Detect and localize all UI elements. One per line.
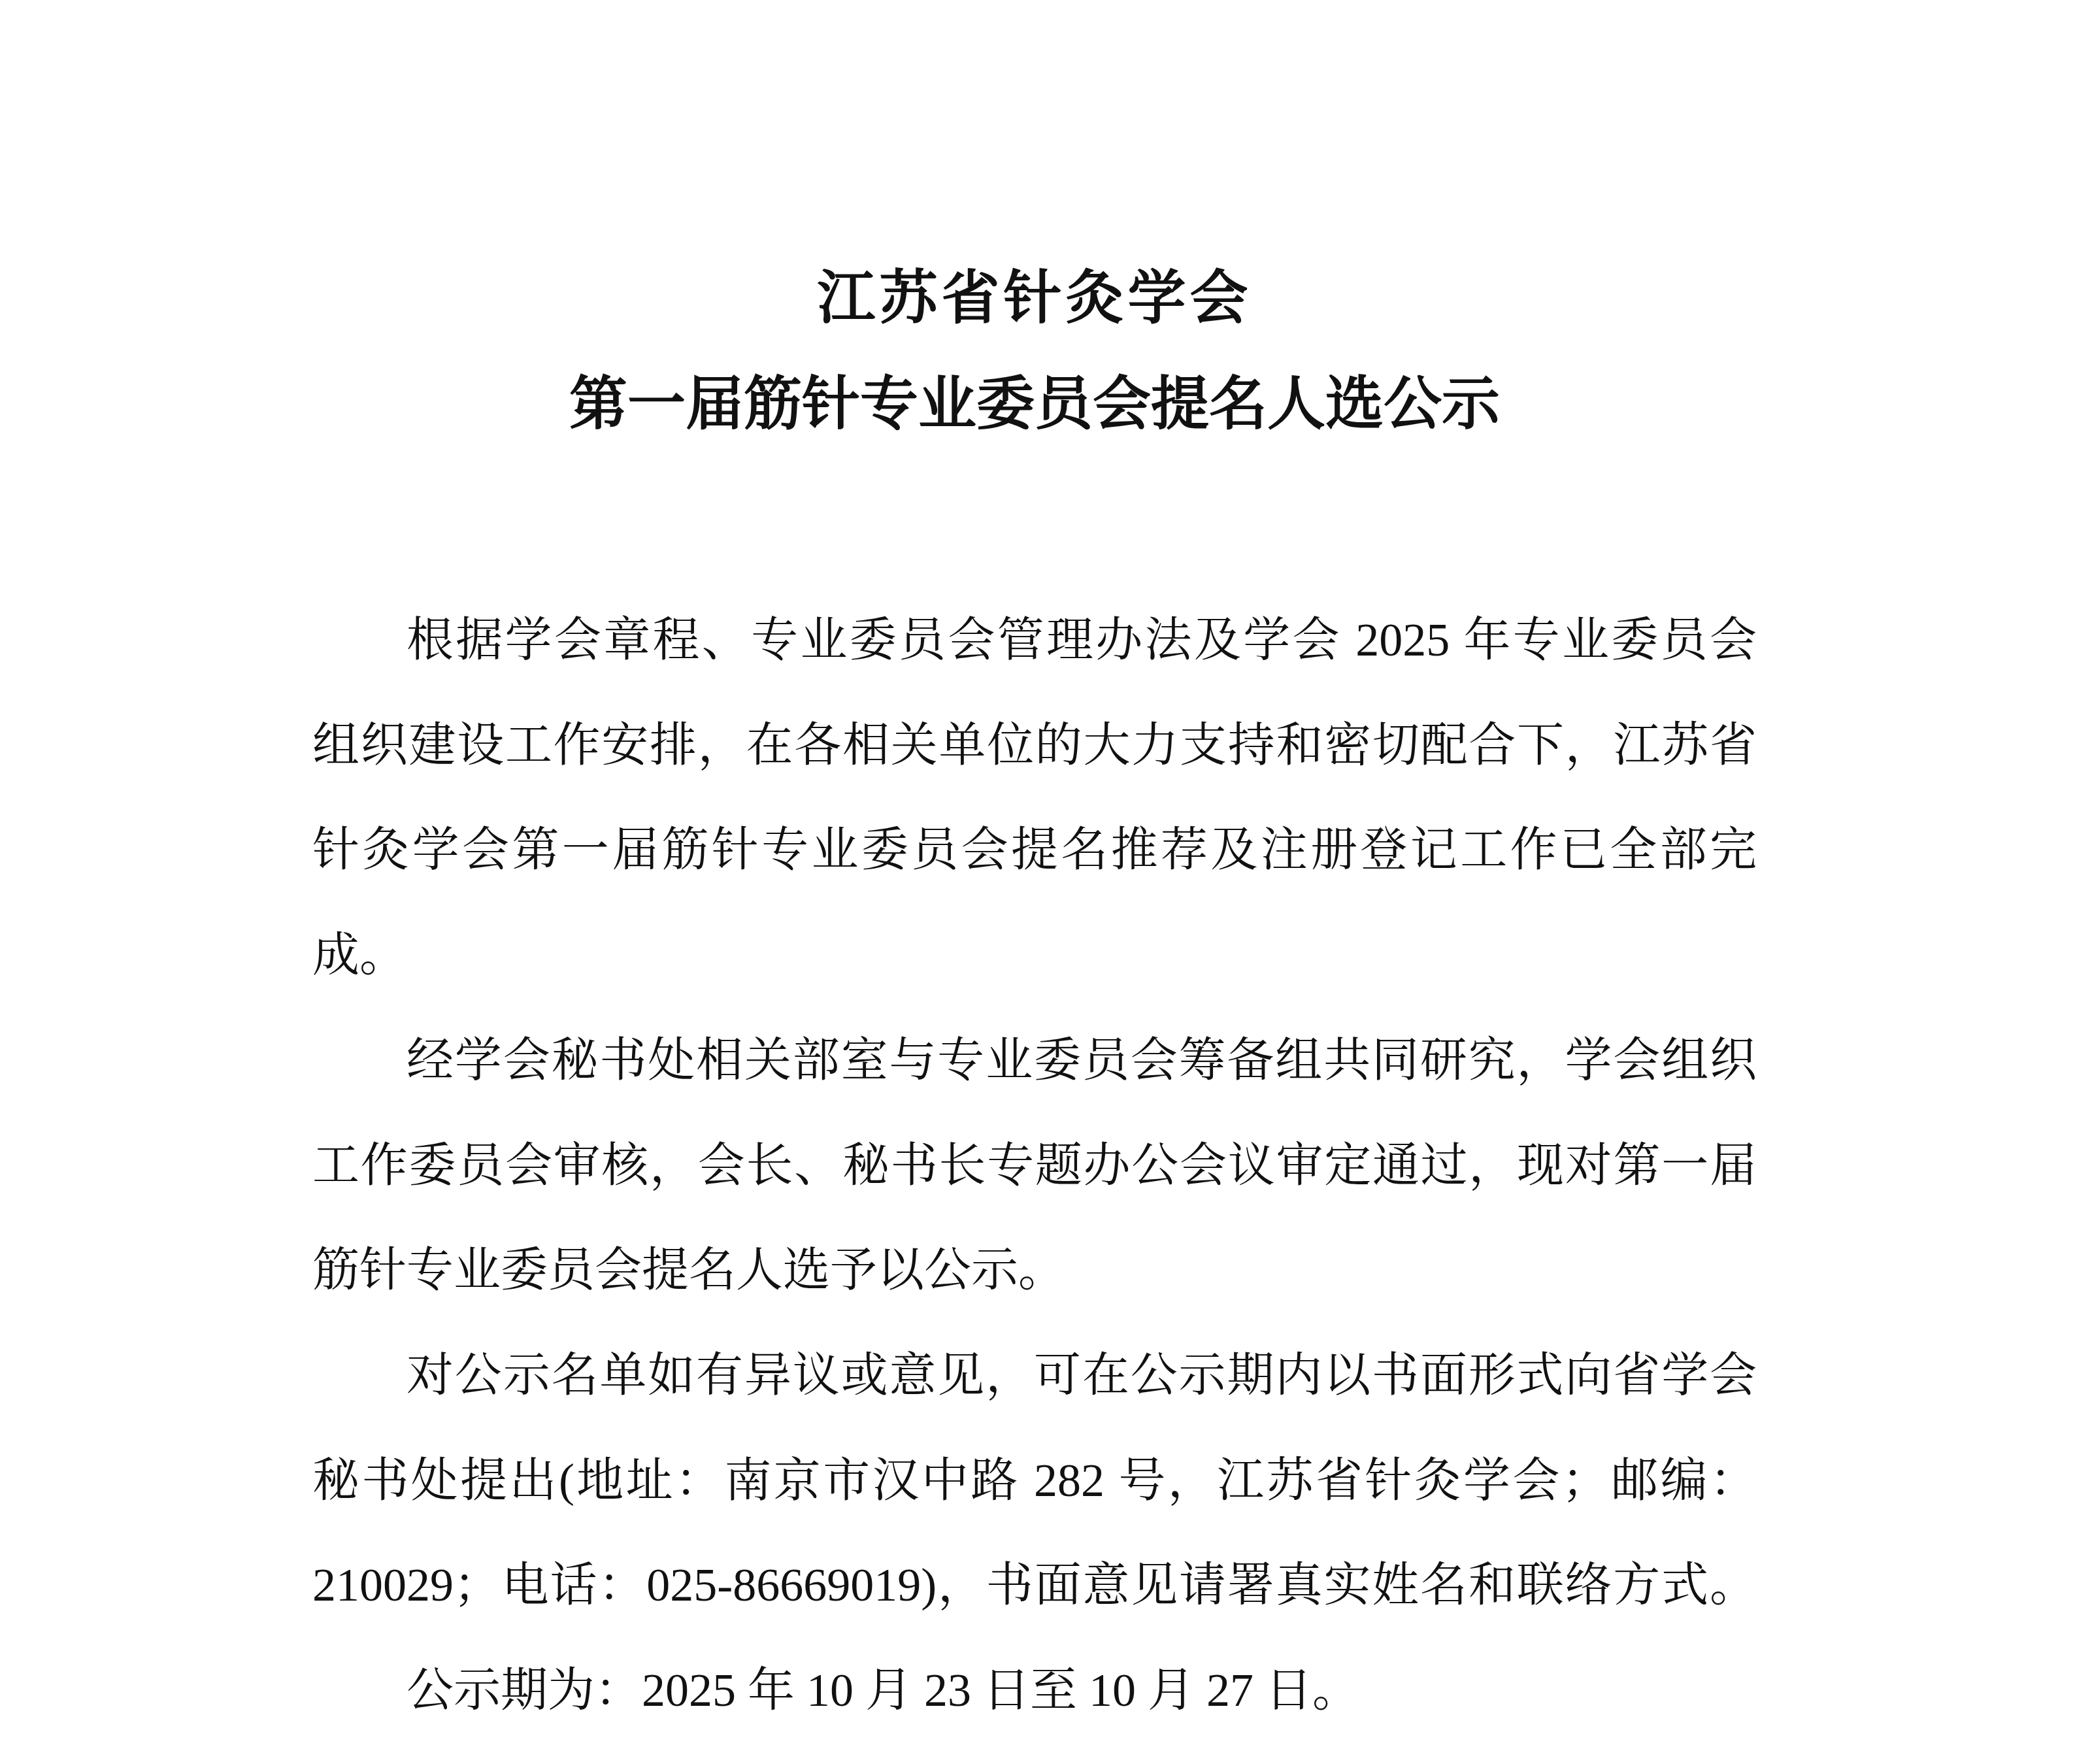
title-line-organization: 江苏省针灸学会 (312, 246, 1757, 352)
body-line-6: 工作委员会审核，会长、秘书长专题办公会议审定通过，现对第一届 (312, 1113, 1757, 1218)
body-line-4: 成。 (312, 903, 1757, 1008)
document-title: 江苏省针灸学会 第一届筋针专业委员会提名人选公示 (312, 0, 1757, 458)
title-line-announcement: 第一届筋针专业委员会提名人选公示 (312, 352, 1757, 458)
body-line-11: 公示期为：2025 年 10 月 23 日至 10 月 27 日。 (312, 1638, 1757, 1743)
body-line-5: 经学会秘书处相关部室与专业委员会筹备组共同研究，学会组织 (312, 1008, 1757, 1113)
body-line-1: 根据学会章程、专业委员会管理办法及学会 2025 年专业委员会 (312, 588, 1757, 693)
document-page: 江苏省针灸学会 第一届筋针专业委员会提名人选公示 根据学会章程、专业委员会管理办… (0, 0, 2075, 1764)
body-line-2: 组织建设工作安排，在各相关单位的大力支持和密切配合下，江苏省 (312, 693, 1757, 798)
body-line-10: 210029；电话：025-86669019)，书面意见请署真实姓名和联络方式。 (312, 1533, 1757, 1638)
document-body: 根据学会章程、专业委员会管理办法及学会 2025 年专业委员会组织建设工作安排，… (312, 588, 1757, 1743)
body-line-8: 对公示名单如有异议或意见，可在公示期内以书面形式向省学会 (312, 1323, 1757, 1428)
body-line-9: 秘书处提出(地址：南京市汉中路 282 号，江苏省针灸学会；邮编： (312, 1428, 1757, 1533)
body-line-3: 针灸学会第一届筋针专业委员会提名推荐及注册登记工作已全部完 (312, 797, 1757, 903)
body-line-7: 筋针专业委员会提名人选予以公示。 (312, 1218, 1757, 1323)
